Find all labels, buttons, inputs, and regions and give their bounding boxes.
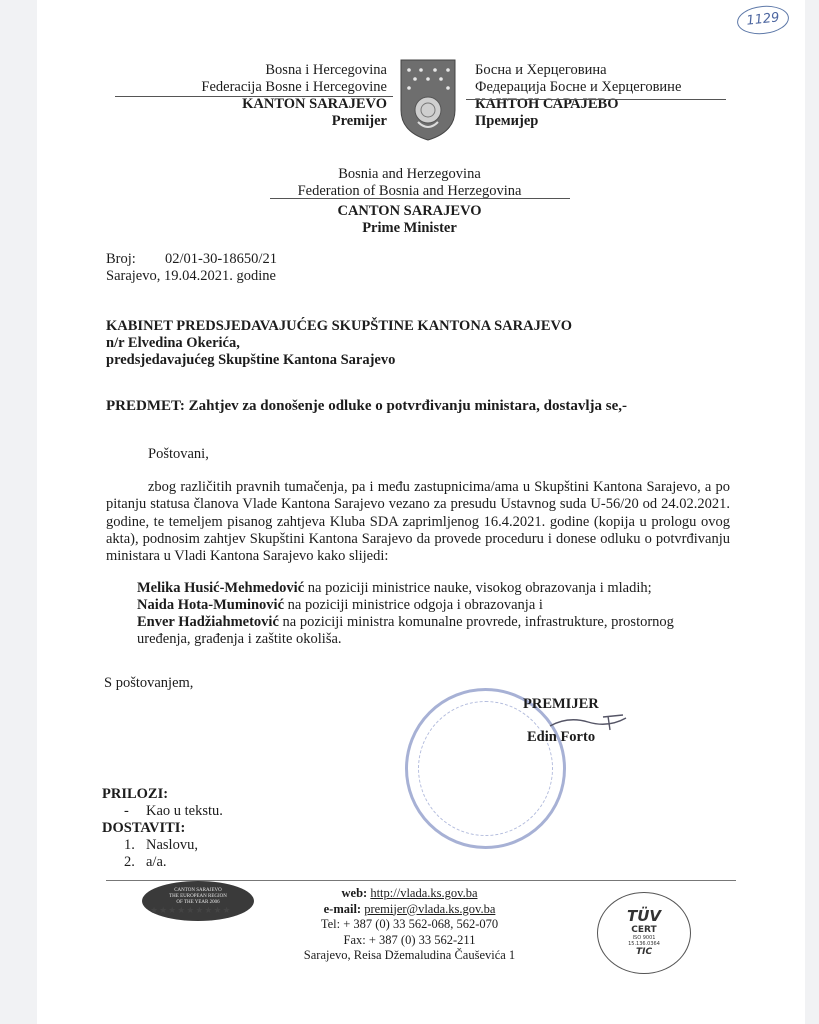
recipient-attention: n/r Elvedina Okerića, bbox=[106, 335, 240, 352]
tuv-brand: TÜV bbox=[598, 907, 690, 925]
header-left-federation: Federacija Bosne i Hercegovine bbox=[201, 79, 387, 96]
attachment-item: Kao u tekstu. bbox=[146, 803, 223, 820]
deliver-item: a/a. bbox=[146, 854, 167, 871]
header-left-rule bbox=[115, 96, 393, 97]
tuv-tic: TIC bbox=[598, 947, 690, 957]
minister-name: Naida Hota-Muminović bbox=[137, 597, 284, 613]
deliver-to-label: DOSTAVITI: bbox=[102, 820, 185, 837]
deliver-marker: 2. bbox=[124, 854, 135, 871]
web-label: web: bbox=[342, 886, 368, 900]
reference-number: 02/01-30-18650/21 bbox=[165, 251, 277, 268]
signature-name: Edin Forto bbox=[527, 729, 595, 746]
deliver-item: Naslovu, bbox=[146, 837, 198, 854]
header-right-office: Премијер bbox=[475, 113, 681, 130]
salutation: Poštovani, bbox=[148, 446, 209, 463]
email-link[interactable]: premijer@vlada.ks.gov.ba bbox=[364, 902, 495, 916]
header-left-canton: KANTON SARAJEVO bbox=[201, 96, 387, 113]
ministers-list: Melika Husić-Mehmedović na poziciji mini… bbox=[137, 580, 697, 648]
recipient-office: KABINET PREDSJEDAVAJUĆEG SKUPŠTINE KANTO… bbox=[106, 318, 572, 335]
header-center-office: Prime Minister bbox=[0, 220, 819, 237]
minister-name: Enver Hadžiahmetović bbox=[137, 614, 279, 630]
header-center-block: Bosnia and Herzegovina Federation of Bos… bbox=[0, 166, 819, 200]
minister-name: Melika Husić-Mehmedović bbox=[137, 580, 304, 596]
attachments-label: PRILOZI: bbox=[102, 786, 168, 803]
place-date: Sarajevo, 19.04.2021. godine bbox=[106, 268, 276, 285]
footer-tel: Tel: + 387 (0) 33 562-068, 562-070 bbox=[0, 917, 819, 933]
minister-position: na poziciji ministrice odgoja i obrazova… bbox=[284, 597, 543, 613]
header-center-title: CANTON SARAJEVO Prime Minister bbox=[0, 203, 819, 237]
email-label: e-mail: bbox=[324, 902, 361, 916]
header-right-rule bbox=[466, 99, 726, 100]
closing: S poštovanjem, bbox=[104, 675, 193, 692]
header-right-block: Босна и Херцеговина Федерација Босне и Х… bbox=[475, 62, 681, 130]
footer-contact: web: http://vlada.ks.gov.ba e-mail: prem… bbox=[0, 886, 819, 964]
coat-of-arms-icon bbox=[398, 58, 458, 142]
reference-number-label: Broj: bbox=[106, 251, 136, 268]
minister-position: na poziciji ministrice nauke, visokog ob… bbox=[304, 580, 652, 596]
header-center-canton: CANTON SARAJEVO bbox=[0, 203, 819, 220]
footer-address: Sarajevo, Reisa Džemaludina Čauševića 1 bbox=[0, 948, 819, 964]
deliver-marker: 1. bbox=[124, 837, 135, 854]
header-right-federation: Федерација Босне и Херцеговине bbox=[475, 79, 681, 96]
signature-title: PREMIJER bbox=[523, 696, 599, 713]
minister-item: Melika Husić-Mehmedović na poziciji mini… bbox=[137, 580, 697, 597]
body-paragraph: zbog različitih pravnih tumačenja, pa i … bbox=[106, 479, 730, 565]
subject-line: PREDMET: Zahtjev za donošenje odluke o p… bbox=[106, 398, 627, 415]
attachment-marker: - bbox=[124, 803, 129, 820]
header-center-rule bbox=[270, 198, 570, 199]
header-left-country: Bosna i Hercegovina bbox=[201, 62, 387, 79]
header-right-country: Босна и Херцеговина bbox=[475, 62, 681, 79]
header-left-office: Premijer bbox=[201, 113, 387, 130]
recipient-title: predsjedavajućeg Skupštine Kantona Saraj… bbox=[106, 352, 395, 369]
tuv-cert: CERT bbox=[598, 925, 690, 935]
tuv-certification-logo: TÜV CERT ISO 9001 15.136.0364 TIC bbox=[597, 892, 691, 974]
footer-fax: Fax: + 387 (0) 33 562-211 bbox=[0, 933, 819, 949]
web-link[interactable]: http://vlada.ks.gov.ba bbox=[370, 886, 477, 900]
minister-item: Naida Hota-Muminović na poziciji ministr… bbox=[137, 597, 697, 614]
header-center-country: Bosnia and Herzegovina bbox=[0, 166, 819, 183]
minister-item: Enver Hadžiahmetović na poziciji ministr… bbox=[137, 614, 697, 648]
